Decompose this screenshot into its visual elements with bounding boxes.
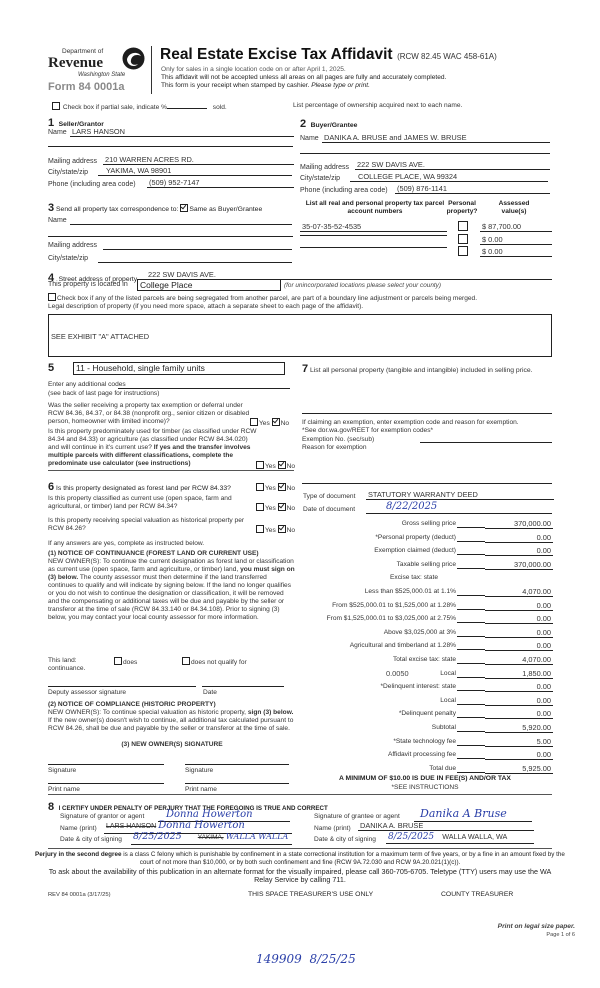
grantor-date-city-field[interactable]: 8/25/2025 YAKIMA, WALLA WALLA [131,831,292,845]
s5-divider [48,470,294,471]
land-does-checkbox[interactable] [114,657,122,665]
s6-q1-yes[interactable] [256,483,264,491]
owner-print-2-field[interactable] [185,783,289,784]
notice-compliance-text: NEW OWNER(S): To continue special valuat… [48,709,296,733]
tax-row-value[interactable]: 0.00 [485,696,553,706]
tax-row-value[interactable]: 5.00 [485,737,553,747]
seller-mailing-label: Mailing address [48,158,97,165]
tax-row-leader [457,704,485,705]
seller-name-field[interactable]: LARS HANSON [70,127,294,137]
grantee-signature-field[interactable]: Danika A Bruse [414,806,532,822]
perjury-notice: Perjury in the second degree is a class … [34,851,566,866]
tax-row-label: *Delinquent interest: state [300,683,456,691]
buyer-phone-field[interactable]: (509) 876-1141 [395,184,550,194]
tax-row-leader [457,758,485,759]
tax-row-label: From $1,525,000.01 to $3,025,000 at 2.75… [300,615,456,623]
parcel-number-field[interactable]: 35-07-35-52-4535 [300,222,447,232]
seller-city-label: City/state/zip [48,169,88,176]
see-instructions: *SEE INSTRUCTIONS [300,784,550,791]
tax-row-value[interactable]: 0.00 [485,601,553,611]
grantee-name-label: Name (print) [314,825,351,833]
tax-row-leader [457,554,485,555]
grantor-date-label: Date & city of signing [60,836,122,844]
personal-property-field[interactable] [302,413,552,414]
seller-phone-field[interactable]: (509) 952-7147 [147,178,294,188]
document-type-field[interactable]: STATUTORY WARRANTY DEED [366,490,554,500]
tax-row-value[interactable]: 4,070.00 [485,655,553,665]
tax-row-leader [457,622,485,623]
s6-q3-answer: Yes No [256,525,295,535]
tax-row-label: *State technology fee [300,738,456,746]
legal-label: Legal description of property (if you ne… [48,303,363,311]
assessed-value-field[interactable]: $ 87,700.00 [480,222,552,232]
tax-row-value[interactable]: 0.00 [485,614,553,624]
personal-col-header: Personal property? [446,200,478,216]
tax-row-leader [457,731,485,732]
new-owner-signature-heading: (3) NEW OWNER(S) SIGNATURE [48,741,296,749]
legal-description-text: SEE EXHIBIT "A" ATTACHED [51,332,149,341]
buyer-mailing-label: Mailing address [300,164,349,171]
segregate-row: Check box if any of the listed parcels a… [48,293,477,303]
tax-section-label: Excise tax: state [390,574,438,582]
form-title: Real Estate Excise Tax Affidavit (RCW 82… [160,46,497,64]
s6-q3-no[interactable] [278,525,286,533]
header-line-3: This form is your receipt when stamped b… [161,82,370,90]
owner-print-2-label: Print name [185,786,217,794]
additional-codes-note: (see back of last page for instructions) [48,390,159,398]
tax-row-value[interactable]: 370,000.00 [485,560,553,570]
located-select[interactable]: College Place [137,279,281,291]
owner-print-1-label: Print name [48,786,80,794]
tax-row-leader [457,649,485,650]
seller-phone-label: Phone (including area code) [48,181,136,188]
tax-row-leader [457,541,485,542]
tax-row-value[interactable]: 0.00 [485,750,553,760]
s6-q1-no[interactable] [278,483,286,491]
notice-continuance-text: NEW OWNER(S): To continue the current de… [48,558,296,622]
s5-q2: Is this property predominately used for … [48,428,258,468]
seller-name-label: Name [48,129,67,136]
land-does-not-checkbox[interactable] [182,657,190,665]
corr-name-field[interactable] [70,224,292,225]
deputy-signature-label: Deputy assessor signature [48,689,126,697]
treasurer-use-label: THIS SPACE TREASURER'S USE ONLY [248,891,373,898]
tax-row-value[interactable]: 0.00 [485,641,553,651]
owner-signature-1-label: Signature [48,767,76,775]
deputy-date-label: Date [203,689,217,697]
buyer-mailing-field[interactable]: 222 SW DAVIS AVE. [355,160,550,170]
correspondence-heading: 3 Send all property tax correspondence t… [48,202,262,214]
parcel-number-field[interactable] [300,247,447,248]
agency-top: Department of [62,48,103,55]
corr-city-label: City/state/zip [48,255,88,262]
document-date-label: Date of document [303,506,355,514]
personal-property-checkbox[interactable] [458,221,468,231]
tax-row-value[interactable]: 0.00 [485,546,553,556]
corr-name-label: Name [48,217,67,224]
s6-q3-yes[interactable] [256,525,264,533]
s6-note: If any answers are yes, complete as inst… [48,540,204,548]
tax-row-leader [457,568,485,569]
tax-row-value[interactable]: 0.00 [485,628,553,638]
partial-sale-checkbox[interactable] [52,102,60,110]
located-note: (for unincorporated locations please sel… [284,282,441,289]
section8-bottom-divider [48,848,552,849]
tax-row-label: Local [300,697,456,705]
grantee-date-city-field[interactable]: 8/25/2025 WALLA WALLA, WA [386,831,534,844]
s6-q2-yes[interactable] [256,503,264,511]
personal-property-checkbox[interactable] [458,246,468,256]
owner-signature-2-label: Signature [185,767,213,775]
document-type-label: Type of document [303,493,355,501]
form-citation: (RCW 82.45 WAC 458-61A) [397,52,497,61]
grantee-name-field[interactable]: DANIKA A. BRUSE [358,821,534,831]
tax-row-value[interactable]: 4,070.00 [485,587,553,597]
tax-row-label: *Delinquent penalty [300,710,456,718]
this-land-row: This land: does does not qualify for [48,657,288,665]
tax-row-leader [457,527,485,528]
tax-row-label: *Personal property (deduct) [300,534,456,542]
corr-mailing-field[interactable] [103,249,292,250]
corr-mailing-label: Mailing address [48,242,97,249]
s5-q2-no[interactable] [278,461,286,469]
tax-row-leader [457,595,485,596]
tax-row-label: Subtotal [300,724,456,732]
tax-row-label: Above $3,025,000 at 3% [300,629,456,637]
grantee-date-label: Date & city of signing [314,836,376,844]
deputy-signature-field[interactable] [48,686,196,687]
header-line-1: Only for sales in a single location code… [161,66,346,74]
tax-row-label: Total excise tax: state [300,656,456,664]
buyer-name-label: Name [300,135,319,142]
notice-compliance-heading: (2) NOTICE OF COMPLIANCE (HISTORIC PROPE… [48,701,216,709]
assessed-col-header: Assessed value(s) [492,200,536,216]
s6-q2: Is this property classified as current u… [48,495,248,511]
tax-row-leader [457,636,485,637]
corr-name-line-2[interactable] [48,236,293,237]
tax-row-value[interactable]: 5,920.00 [485,723,553,733]
segregate-checkbox[interactable] [48,293,56,301]
owner-signature-1-field[interactable] [48,764,164,765]
located-label: This property is located in [48,281,128,288]
s5-q1: Was the seller receiving a property tax … [48,402,258,426]
tax-row-value[interactable]: 1,850.00 [485,669,553,679]
corr-city-field[interactable] [98,262,292,263]
personal-property-checkbox[interactable] [458,234,468,244]
tax-row-label: Gross selling price [300,520,456,528]
s6-q2-no[interactable] [278,503,286,511]
minimum-due-note: A MINIMUM OF $10.00 IS DUE IN FEE(S) AND… [300,775,550,782]
continuance-label: continuance. [48,665,85,673]
exemption-reason-label: Reason for exemption [302,444,367,452]
accessibility-notice: To ask about the availability of this pu… [40,868,560,884]
parcel-col-header: List all real and personal property tax … [305,200,445,216]
seller-mailing-field[interactable]: 210 WARREN ACRES RD. [103,155,294,165]
assessed-value-field[interactable]: $ 0.00 [480,235,552,245]
revenue-swirl-icon [121,46,146,71]
exemption-no-label: Exemption No. (sec/sub) [302,436,374,444]
exemption-no-field[interactable] [420,442,552,443]
tax-row-label: Agricultural and timberland at 1.28% [300,642,456,650]
tax-row-label: From $525,000.01 to $1,525,000 at 1.28% [300,602,456,610]
tax-row-label: Local [300,670,456,678]
tax-row-leader [457,745,485,746]
grantee-sig-label: Signature of grantee or agent [314,813,400,821]
tax-row-value[interactable]: 0.00 [485,533,553,543]
tax-row-value[interactable]: 0.00 [485,709,553,719]
rev-number: REV 84 0001a (3/17/25) [48,892,111,898]
use-code-select[interactable]: 11 - Household, single family units [73,362,285,375]
legal-paper-note: Print on legal size paper. [498,923,575,930]
form-number: Form 84 0001a [48,81,124,93]
deputy-date-field[interactable] [202,686,284,687]
seller-name-line-2[interactable] [48,146,293,147]
header-line-2: This affidavit will not be accepted unle… [161,74,446,82]
tax-row-leader [457,677,485,678]
recording-stamp: 149909 8/25/25 [256,952,356,966]
tax-row-leader [457,663,485,664]
additional-codes-field[interactable] [118,388,290,389]
county-treasurer-label: COUNTY TREASURER [441,891,513,898]
tax-row-label: Exemption claimed (deduct) [300,547,456,555]
tax-row-leader [457,690,485,691]
tax-row-value[interactable]: 0.00 [485,682,553,692]
assessed-value-field[interactable]: $ 0.00 [480,247,552,257]
same-as-buyer-checkbox[interactable] [180,204,188,212]
partial-sale: Check box if partial sale, indicate % so… [52,102,227,112]
tax-row-leader [457,717,485,718]
dor-logo: Department of Revenue Washington State F… [48,48,144,100]
tax-row-value[interactable]: 5,925.00 [485,764,553,774]
buyer-city-field[interactable]: COLLEGE PLACE, WA 99324 [350,172,548,182]
s6-q3: Is this property receiving special valua… [48,517,248,533]
s5-q2-yes[interactable] [256,461,264,469]
buyer-city-label: City/state/zip [300,175,340,182]
buyer-name-line-2[interactable] [300,153,550,154]
tax-row-value[interactable]: 370,000.00 [485,519,553,529]
s5-q1-no[interactable] [272,418,280,426]
s6-q1-answer: Yes No [256,483,295,493]
tax-row-leader [457,772,485,773]
header-divider [151,46,152,94]
tax-row-label: Less than $525,000.01 at 1.1% [300,588,456,596]
s6-q1: 6 Is this property designated as forest … [48,481,231,493]
notice-continuance-heading: (1) NOTICE OF CONTINUANCE (FOREST LAND O… [48,550,259,558]
tax-row-leader [457,609,485,610]
seller-city-field[interactable]: YAKIMA, WA 98901 [98,166,292,176]
s6-q2-answer: Yes No [256,503,295,513]
page-number: Page 1 of 6 [546,932,575,938]
owner-signature-2-field[interactable] [185,764,289,765]
owner-print-1-field[interactable] [48,783,164,784]
tax-row-label: Affidavit processing fee [300,751,456,759]
exemption-reason-field[interactable] [302,483,552,484]
exemption-intro: If claiming an exemption, enter exemptio… [302,419,522,435]
parcel-number-field[interactable] [300,235,447,236]
buyer-phone-label: Phone (including area code) [300,187,388,194]
agency-sub: Washington State [78,72,125,78]
tax-row-label: Taxable selling price [300,561,456,569]
ownership-note: List percentage of ownership acquired ne… [293,102,462,110]
s5-q1-answer: Yes No [250,418,289,428]
section7-label: 7 List all personal property (tangible a… [302,364,552,376]
partial-sale-percent-field[interactable] [167,108,207,109]
s5-q1-yes[interactable] [250,418,258,426]
agency-main: Revenue [48,55,103,72]
document-date-field[interactable]: 8/22/2025 [366,500,552,514]
grantor-name-label: Name (print) [60,825,97,833]
section8-top-divider [48,794,552,795]
section5-num: 5 [48,362,54,374]
tax-row-label: Total due [300,765,456,773]
buyer-name-field[interactable]: DANIKA A. BRUSE and JAMES W. BRUSE [322,133,550,143]
buyer-heading: 2 Buyer/Grantee [300,114,357,132]
additional-codes-label: Enter any additional codes [48,381,126,389]
legal-description-field[interactable]: SEE EXHIBIT "A" ATTACHED [48,314,552,357]
